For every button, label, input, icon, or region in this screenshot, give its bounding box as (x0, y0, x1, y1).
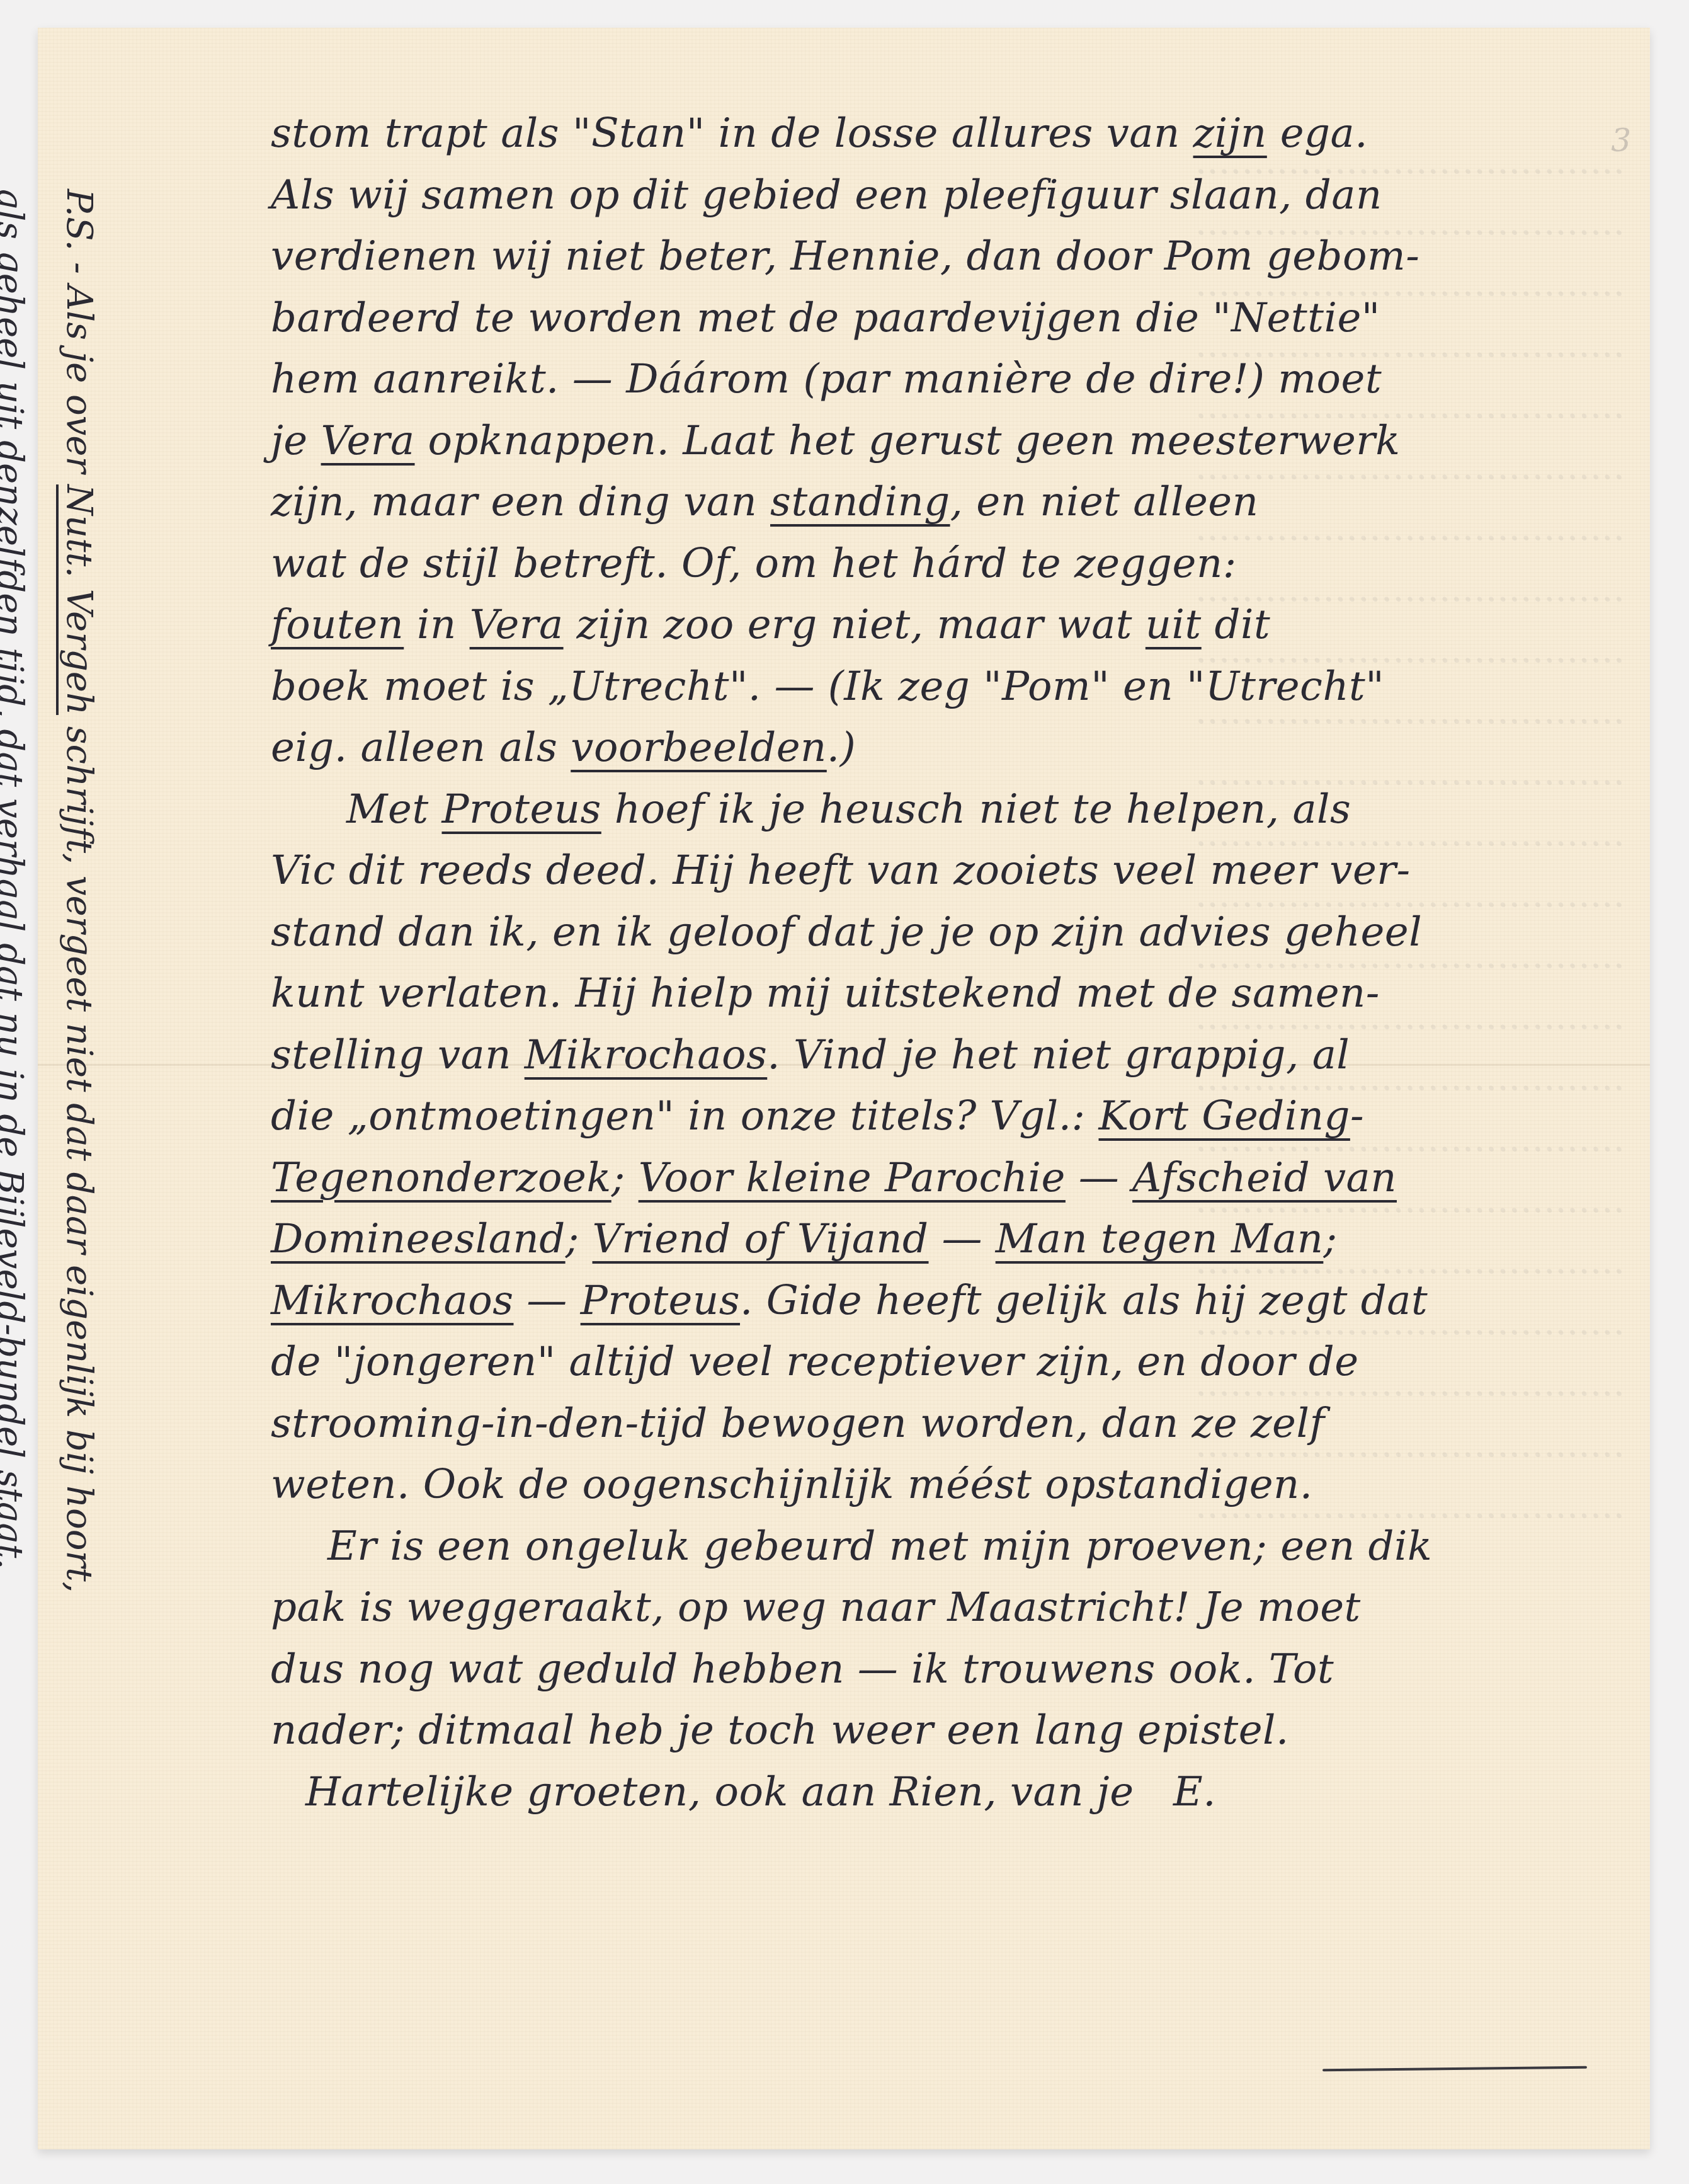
text-line: kunt verlaten. Hij hielp mij uitstekend … (271, 963, 1637, 1025)
postscript-line-1: P.S. - Als je over Nutt. Vergeh schrijft… (44, 189, 113, 1593)
postscript-line-2: als geheel uit denzelfden tijd, dat verh… (0, 189, 44, 1593)
underlined-word: Kort Geding (1099, 1093, 1350, 1140)
underlined-word: uit (1146, 602, 1202, 648)
underlined-word: zijn (1193, 110, 1267, 157)
text-line: stand dan ik, en ik geloof dat je je op … (271, 902, 1637, 964)
underlined-word: Mikrochaos (271, 1278, 514, 1324)
text-line: Domineesland; Vriend of Vijand — Man teg… (271, 1209, 1637, 1271)
underlined-word: Nutt. Vergeh (59, 484, 100, 715)
text-line: strooming-in-den-tijd bewogen worden, da… (271, 1393, 1637, 1455)
underlined-word: Tegenonderzoek (271, 1155, 611, 1201)
underlined-word: tijd (0, 648, 30, 707)
letter-body: stom trapt als "Stan" in de losse allure… (271, 103, 1637, 1823)
text-line: Tegenonderzoek; Voor kleine Parochie — A… (271, 1148, 1637, 1209)
text-line: Er is een ongeluk gebeurd met mijn proev… (271, 1516, 1637, 1578)
text-line: dus nog wat geduld hebben — ik trouwens … (271, 1639, 1637, 1701)
text-line: wat de stijl betreft. Of, om het hárd te… (271, 534, 1637, 595)
signature: E. (1173, 1769, 1216, 1815)
signature-underline (1322, 2066, 1587, 2071)
underlined-word: Proteus (441, 786, 601, 833)
text-line: weten. Ook de oogenschijnlijk méést opst… (271, 1455, 1637, 1516)
underlined-word: Mikrochaos (525, 1032, 768, 1078)
underlined-word: fouten (271, 602, 404, 648)
underlined-word: Vriend of Vijand (593, 1216, 929, 1262)
underlined-word: Domineesland (271, 1216, 566, 1262)
underlined-word: standing (770, 479, 950, 525)
text-line: de "jongeren" altijd veel receptiever zi… (271, 1332, 1637, 1393)
underlined-word: Man tegen Man (996, 1216, 1324, 1262)
text-line: Met Proteus hoef ik je heusch niet te he… (271, 779, 1637, 841)
closing-line: Hartelijke groeten, ook aan Rien, van je… (271, 1762, 1637, 1824)
text-line: stelling van Mikrochaos. Vind je het nie… (271, 1025, 1637, 1087)
text-line: je Vera opknappen. Laat het gerust geen … (271, 411, 1637, 472)
underlined-word: Afscheid van (1132, 1155, 1397, 1201)
text-line: bardeerd te worden met de paardevijgen d… (271, 288, 1637, 350)
text-line: Vic dit reeds deed. Hij heeft van zooiet… (271, 840, 1637, 902)
text-line: eig. alleen als voorbeelden.) (271, 718, 1637, 779)
letter-paper: 3 ······································… (38, 28, 1650, 2149)
text-line: Als wij samen op dit gebied een pleefigu… (271, 165, 1637, 227)
underlined-word: voorbeelden (571, 724, 827, 771)
text-line: die „ontmoetingen" in onze titels? Vgl.:… (271, 1086, 1637, 1148)
underlined-word: Vera (470, 602, 564, 648)
text-line: hem aanreikt. — Dáárom (par manière de d… (271, 349, 1637, 411)
text-line: fouten in Vera zijn zoo erg niet, maar w… (271, 595, 1637, 656)
underlined-word: Vera (321, 418, 415, 464)
text-line: boek moet is „Utrecht". — (Ik zeg "Pom" … (271, 656, 1637, 718)
text-line: stom trapt als "Stan" in de losse allure… (271, 103, 1637, 165)
text-line: verdienen wij niet beter, Hennie, dan do… (271, 226, 1637, 288)
underlined-word: Proteus (581, 1278, 740, 1324)
text-line: zijn, maar een ding van standing, en nie… (271, 472, 1637, 534)
text-line: Mikrochaos — Proteus. Gide heeft gelijk … (271, 1271, 1637, 1332)
postscript-margin-note: P.S. - Als je over Nutt. Vergeh schrijft… (0, 189, 113, 1593)
underlined-word: Voor kleine Parochie (639, 1155, 1066, 1201)
text-line: pak is weggeraakt, op weg naar Maastrich… (271, 1577, 1637, 1639)
text-line: nader; ditmaal heb je toch weer een lang… (271, 1700, 1637, 1762)
